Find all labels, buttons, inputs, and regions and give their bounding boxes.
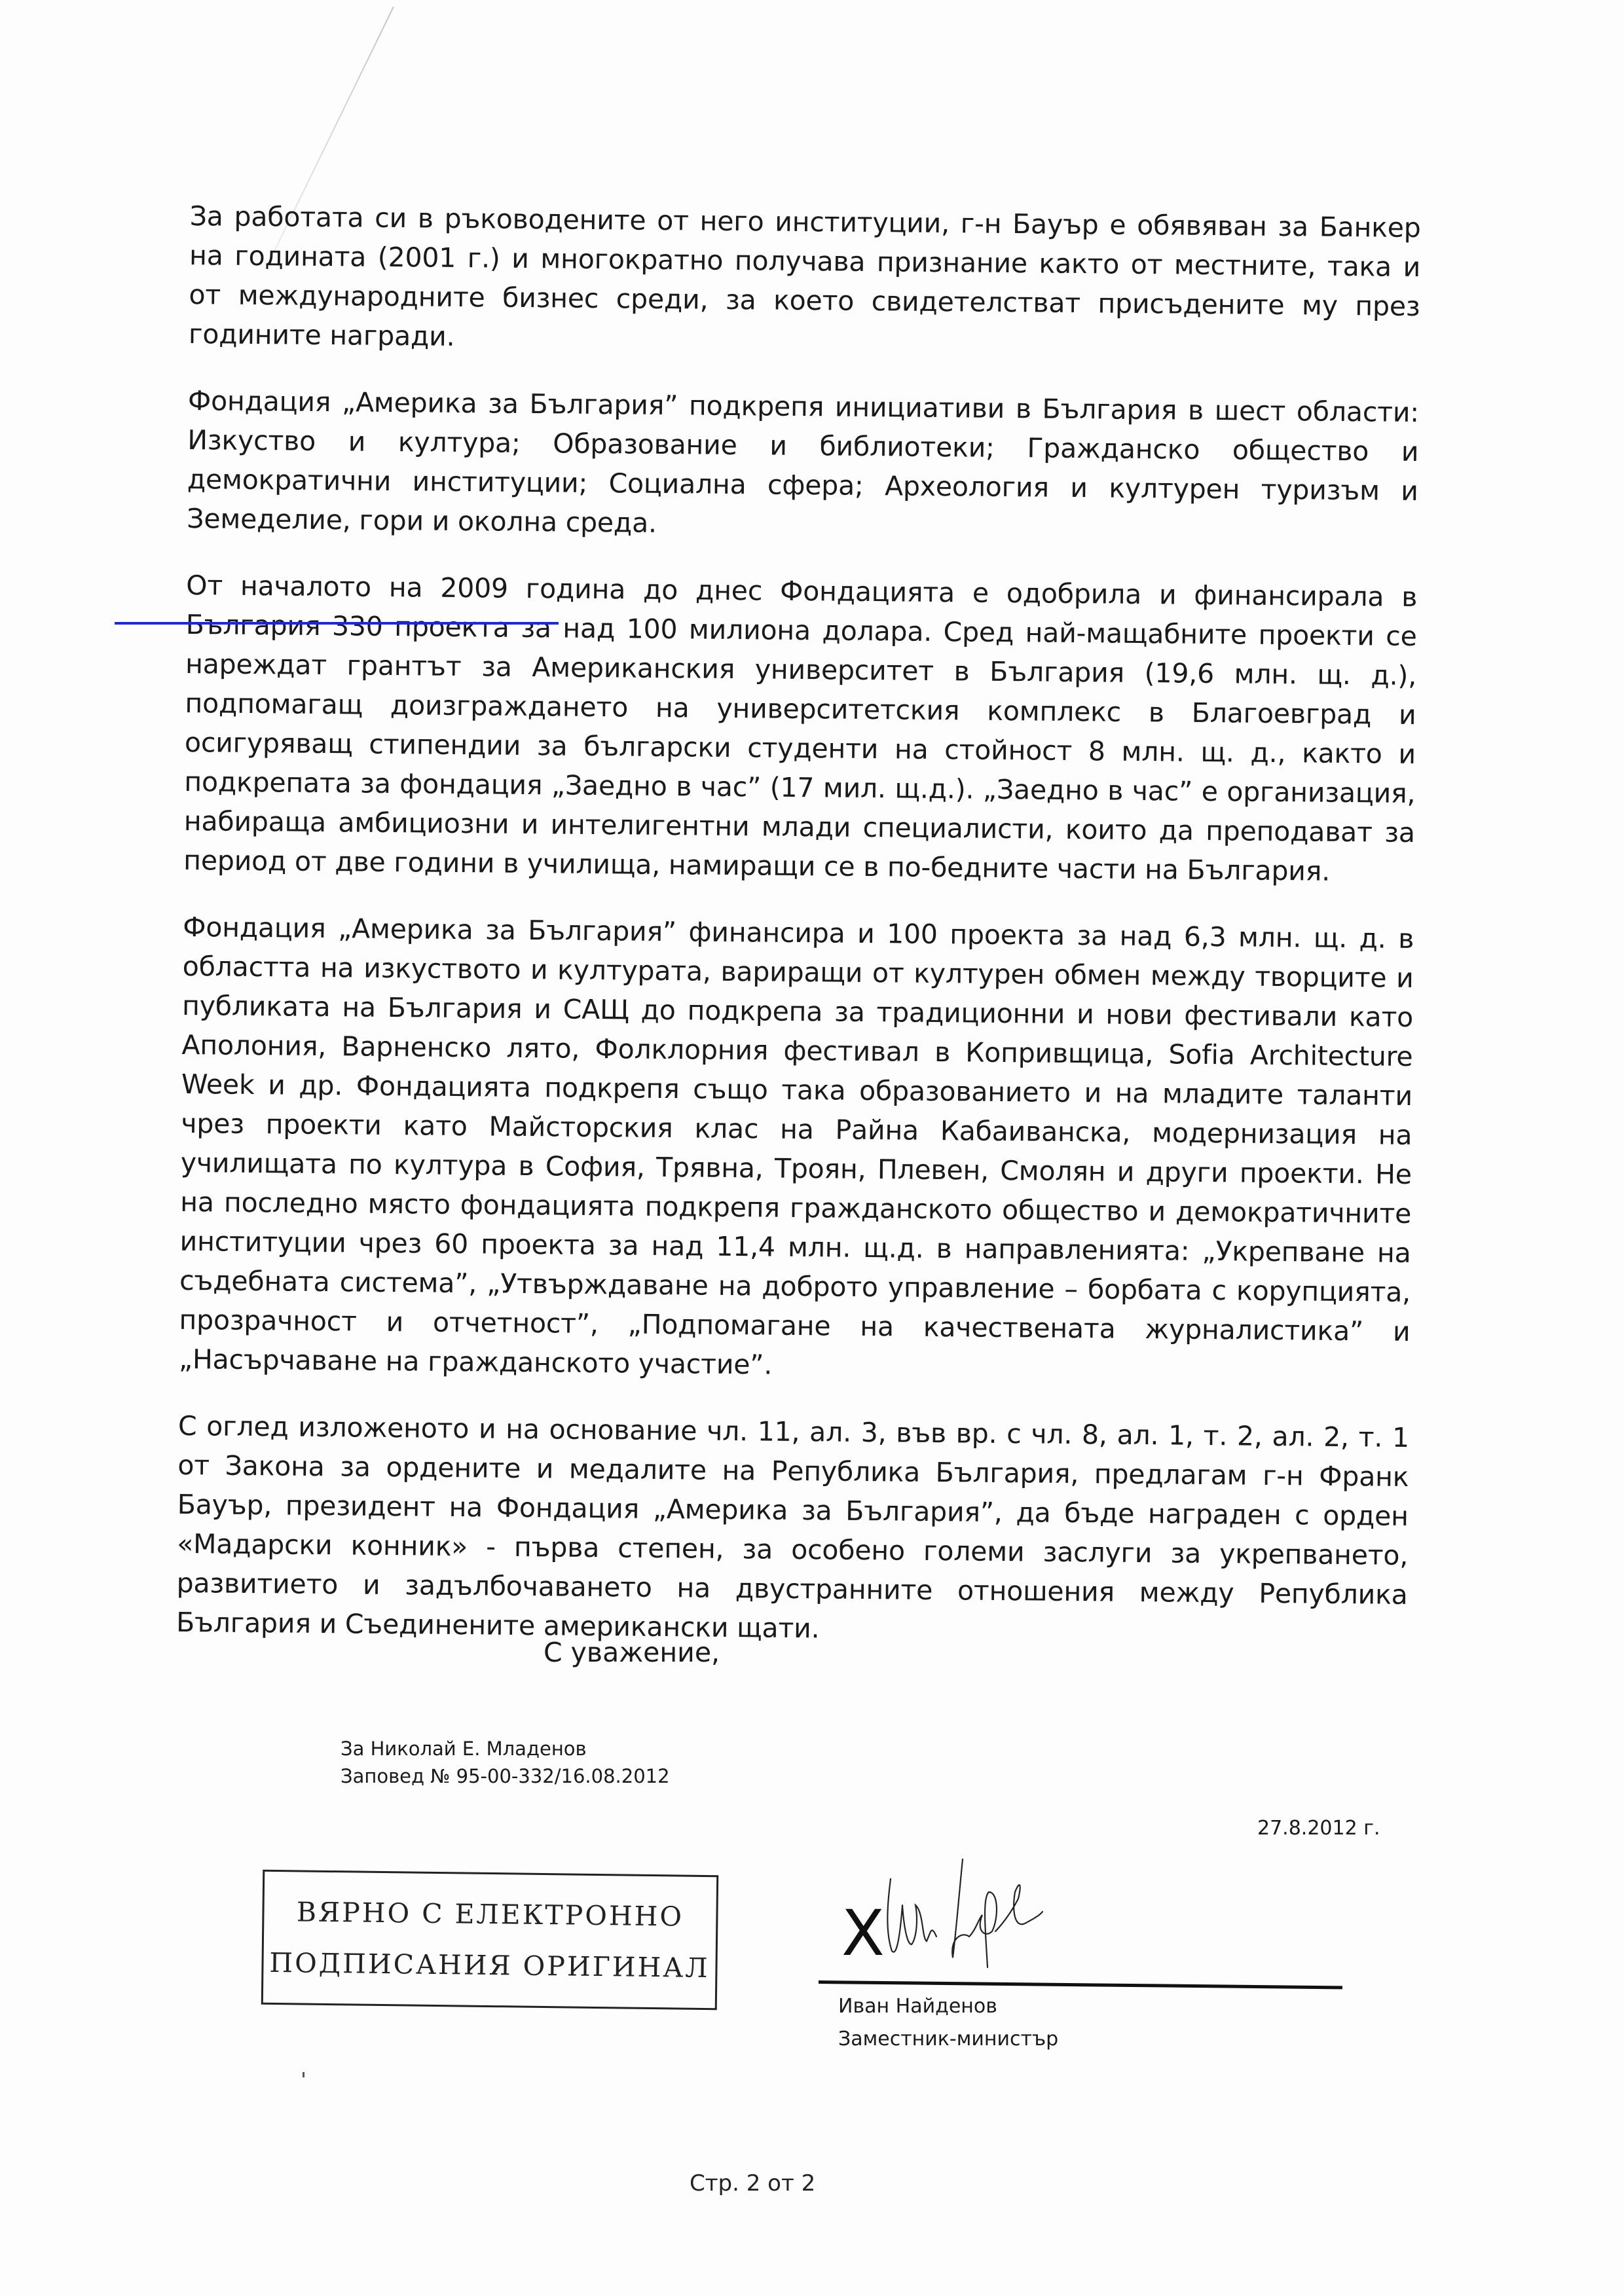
paragraph-funding-overview: От началото на 2009 година до днес Фонда… xyxy=(183,566,1418,892)
closing-salutation: С уважение, xyxy=(544,1637,720,1668)
stamp-line-2: ПОДПИСАНИЯ ОРИГИНАЛ xyxy=(269,1937,710,1994)
document-date: 27.8.2012 г. xyxy=(1257,1817,1380,1840)
stamp-line-1: ВЯРНО С ЕЛЕКТРОННО xyxy=(296,1886,684,1942)
delegation-for: За Николай Е. Младенов xyxy=(341,1735,670,1762)
letter-body: За работата си в ръководените от него ин… xyxy=(175,196,1421,1681)
delegation-block: За Николай Е. Младенов Заповед № 95-00-3… xyxy=(341,1735,670,1790)
paragraph-bauer-awards: За работата си в ръководените от него ин… xyxy=(189,196,1421,365)
signer-block: Иван Найденов Заместник-министър xyxy=(838,1990,1058,2056)
paragraph-culture-civil-society: Фондация „Америка за България” финансира… xyxy=(179,907,1414,1391)
delegation-order: Заповед № 95-00-332/16.08.2012 xyxy=(341,1762,670,1790)
signer-name: Иван Найденов xyxy=(838,1990,1058,2023)
certification-stamp: ВЯРНО С ЕЛЕКТРОННО ПОДПИСАНИЯ ОРИГИНАЛ xyxy=(261,1870,718,2010)
handwritten-signature-icon xyxy=(871,1853,1067,1971)
signer-title: Заместник-министър xyxy=(838,2023,1058,2056)
paragraph-proposal: С оглед изложеното и на основание чл. 11… xyxy=(176,1406,1409,1654)
document-page: За работата си в ръководените от него ин… xyxy=(0,0,1624,2296)
paragraph-foundation-areas: Фондация „Америка за България” подкрепя … xyxy=(187,381,1419,550)
signature-line xyxy=(819,1980,1342,1989)
blue-pen-underline xyxy=(115,622,559,625)
scan-speck xyxy=(303,2072,304,2077)
page-number: Стр. 2 от 2 xyxy=(690,2170,815,2196)
